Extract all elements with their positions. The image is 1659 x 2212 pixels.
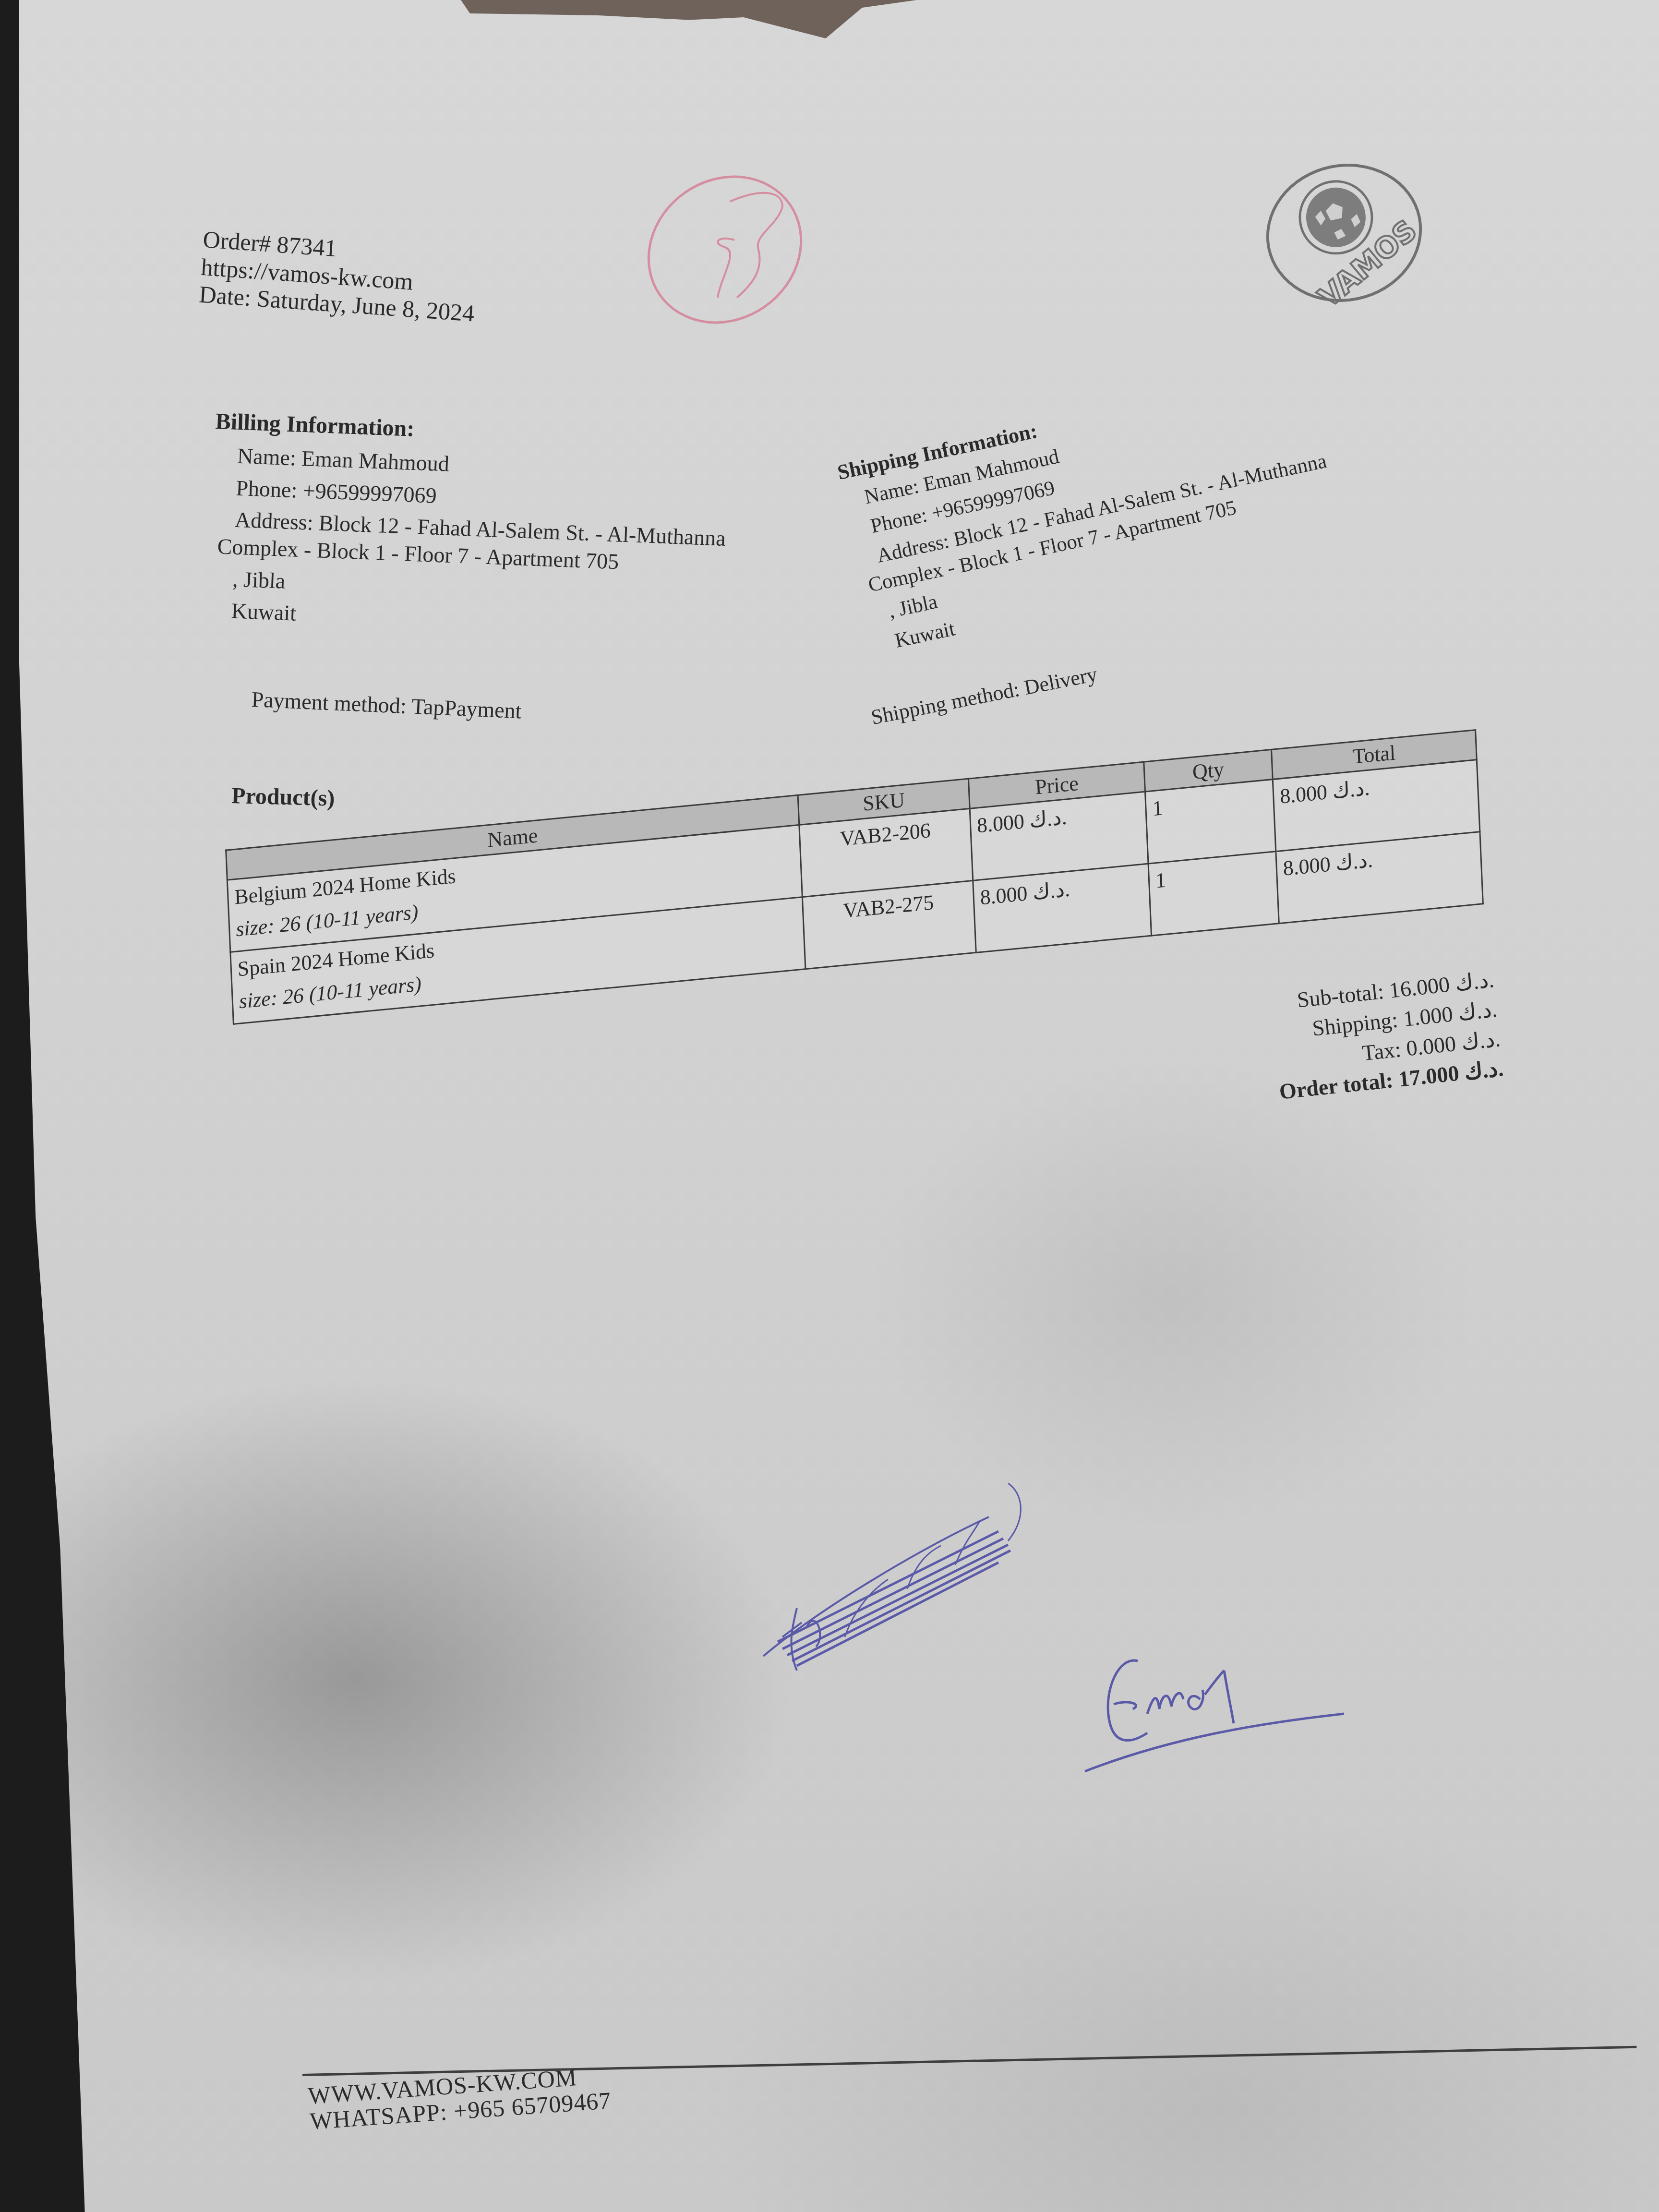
item-qty: 1 <box>1145 780 1275 864</box>
order-totals: Sub-total: 16.000 د.ك. Shipping: 1.000 د… <box>1269 965 1505 1107</box>
crossed-out-signature <box>749 1464 1085 1685</box>
billing-information: Billing Information: Name: Eman Mahmoud … <box>208 408 730 646</box>
customer-signature-eman <box>1075 1603 1363 1786</box>
item-qty: 1 <box>1148 852 1279 936</box>
products-title: Product(s) <box>231 782 335 812</box>
handwritten-number-mark <box>624 154 826 336</box>
invoice-paper <box>19 0 1659 2212</box>
